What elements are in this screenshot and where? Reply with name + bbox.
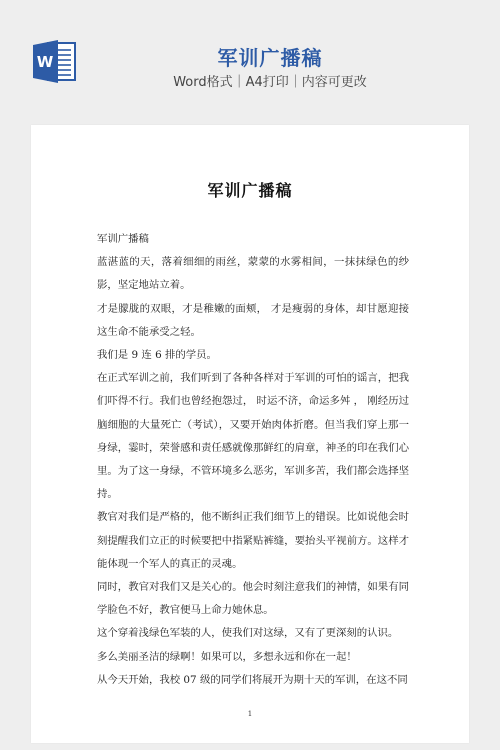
paragraph: 同时，教官对我们又是关心的。他会时刻注意我们的神情，如果有同学脸色不好，教官便马…	[97, 576, 409, 622]
paragraph: 多么美丽圣洁的绿啊！如果可以，多想永远和你在一起！	[97, 646, 409, 669]
paragraph: 教官对我们是严格的，他不断纠正我们细节上的错误。比如说他会时刻提醒我们立正的时候…	[97, 506, 409, 576]
header-subtitle: Word格式｜A4打印｜内容可更改	[160, 74, 380, 92]
paragraph: 从今天开始，我校 07 级的同学们将展开为期十天的军训，在这不同	[97, 669, 409, 692]
paragraph: 蓝湛蓝的天，落着细细的雨丝，蒙蒙的水雾相间，一抹抹绿色的纱影，坚定地站立着。	[97, 251, 409, 297]
svg-text:W: W	[37, 53, 54, 71]
word-doc-icon: W	[31, 40, 77, 83]
document-body: 军训广播稿 蓝湛蓝的天，落着细细的雨丝，蒙蒙的水雾相间，一抹抹绿色的纱影，坚定地…	[97, 228, 409, 692]
header-banner: W 军训广播稿 Word格式｜A4打印｜内容可更改	[0, 0, 500, 125]
header-title: 军训广播稿	[160, 44, 380, 72]
paragraph: 才是朦胧的双眼，才是稚嫩的面颊， 才是瘦弱的身体，却甘愿迎接这生命不能承受之轻。	[97, 298, 409, 344]
page-number: 1	[31, 710, 469, 718]
document-page: 军训广播稿 军训广播稿 蓝湛蓝的天，落着细细的雨丝，蒙蒙的水雾相间，一抹抹绿色的…	[31, 125, 469, 743]
paragraph: 军训广播稿	[97, 228, 409, 251]
document-title: 军训广播稿	[31, 178, 469, 201]
paragraph: 在正式军训之前，我们听到了各种各样对于军训的可怕的谣言，把我们吓得不行。我们也曾…	[97, 367, 409, 506]
paragraph: 这个穿着浅绿色军装的人，使我们对这绿，又有了更深刻的认识。	[97, 622, 409, 645]
paragraph: 我们是 9 连 6 排的学员。	[97, 344, 409, 367]
